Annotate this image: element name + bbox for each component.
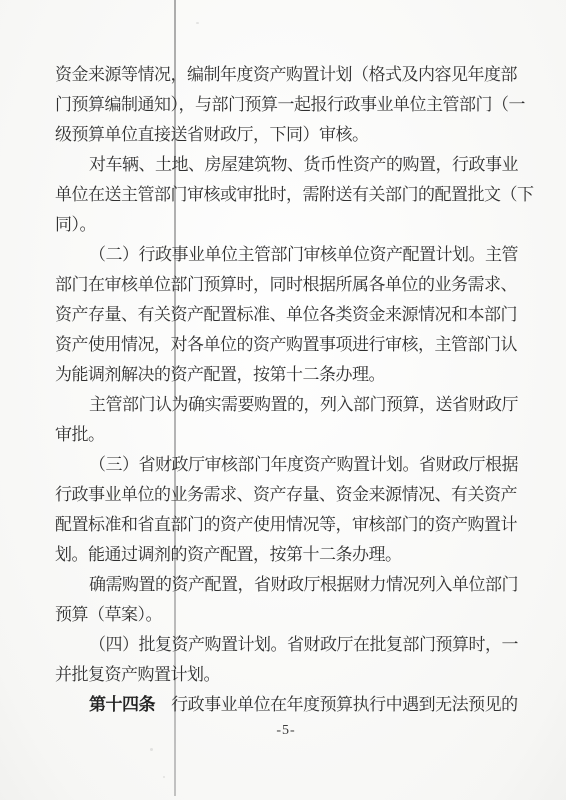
text-line: 划。能通过调剂的资产配置，按第十二条办理。 xyxy=(55,540,517,570)
document-body: 资金来源等情况，编制年度资产购置计划（格式及内容见年度部门预算编制通知），与部门… xyxy=(55,60,517,720)
text-line: 预算（草案）。 xyxy=(55,600,517,630)
article-number: 第十四条 xyxy=(89,695,155,714)
text-line: 配置标准和省直部门的资产使用情况等，审核部门的资产购置计 xyxy=(55,510,517,540)
scan-speck xyxy=(163,776,165,778)
text-line: 门预算编制通知），与部门预算一起报行政事业单位主管部门（一 xyxy=(55,90,517,120)
text-line: 为能调剂解决的资产配置，按第十二条办理。 xyxy=(55,360,517,390)
text-line: 审批。 xyxy=(55,420,517,450)
scan-speck xyxy=(150,748,153,751)
article-text: 行政事业单位在年度预算执行中遇到无法预见的 xyxy=(171,695,518,714)
text-line: （三）省财政厅审核部门年度资产购置计划。省财政厅根据 xyxy=(55,450,517,480)
text-line: 并批复资产购置计划。 xyxy=(55,660,517,690)
scan-speck xyxy=(196,22,199,24)
scanned-document-page: 资金来源等情况，编制年度资产购置计划（格式及内容见年度部门预算编制通知），与部门… xyxy=(0,0,566,800)
text-line: 确需购置的资产配置，省财政厅根据财力情况列入单位部门 xyxy=(55,570,517,600)
text-line: 行政事业单位的业务需求、资产存量、资金来源情况、有关资产 xyxy=(55,480,517,510)
text-line: 资产使用情况，对各单位的资产购置事项进行审核，主管部门认 xyxy=(55,330,517,360)
text-line: 主管部门认为确实需要购置的，列入部门预算，送省财政厅 xyxy=(55,390,517,420)
text-line: 资产存量、有关资产配置标准、单位各类资金来源情况和本部门 xyxy=(55,300,517,330)
text-line: 部门在审核单位部门预算时，同时根据所属各单位的业务需求、 xyxy=(55,270,517,300)
text-line: 级预算单位直接送省财政厅，下同）审核。 xyxy=(55,120,517,150)
text-line: （二）行政事业单位主管部门审核单位资产配置计划。主管 xyxy=(55,240,517,270)
text-line: 对车辆、土地、房屋建筑物、货币性资产的购置，行政事业 xyxy=(55,150,517,180)
text-line: 资金来源等情况，编制年度资产购置计划（格式及内容见年度部 xyxy=(55,60,517,90)
text-line: 第十四条行政事业单位在年度预算执行中遇到无法预见的 xyxy=(55,690,517,720)
page-number: -5- xyxy=(55,720,517,742)
text-line: （四）批复资产购置计划。省财政厅在批复部门预算时，一 xyxy=(55,630,517,660)
text-line: 同）。 xyxy=(55,210,517,240)
text-line: 单位在送主管部门审核或审批时，需附送有关部门的配置批文（下 xyxy=(55,180,517,210)
